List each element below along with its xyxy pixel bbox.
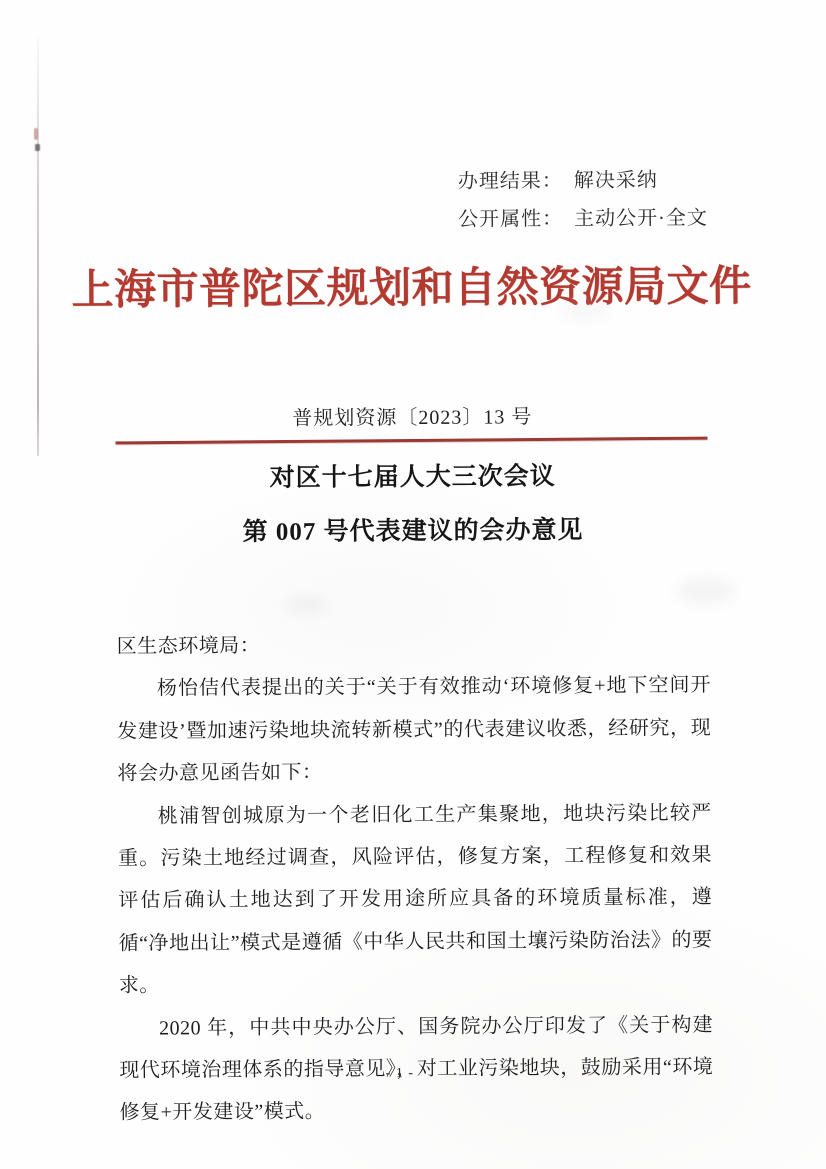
meta-publicity-label: 公开属性： (458, 208, 563, 231)
meta-result-label: 办理结果： (458, 170, 563, 193)
scanned-document-page: 办理结果：解决采纳 公开属性：主动公开·全文 上海市普陀区规划和自然资源局文件 … (0, 0, 826, 1169)
document-content: 办理结果：解决采纳 公开属性：主动公开·全文 上海市普陀区规划和自然资源局文件 … (0, 0, 826, 1169)
meta-publicity-value: 主动公开·全文 (574, 207, 708, 230)
document-title: 对区十七届人大三次会议 第 007 号代表建议的会办意见 (0, 448, 826, 561)
meta-result-value: 解决采纳 (574, 169, 658, 192)
salutation: 区生态环境局： (117, 622, 711, 668)
meta-block: 办理结果：解决采纳 公开属性：主动公开·全文 (458, 161, 708, 239)
document-number: 普规划资源〔2023〕13 号 (0, 398, 825, 432)
scan-artifact-red-mark (34, 128, 38, 140)
agency-banner-title: 上海市普陀区规划和自然资源局文件 (0, 252, 825, 317)
body-paragraph-2: 桃浦智创城原为一个老旧化工生产集聚地，地块污染比较严重。污染土地经过调查，风险评… (118, 792, 713, 1008)
meta-result-line: 办理结果：解决采纳 (458, 161, 708, 201)
meta-publicity-line: 公开属性：主动公开·全文 (458, 199, 708, 239)
scan-artifact-dark-mark (35, 144, 40, 151)
title-line-1: 对区十七届人大三次会议 (0, 448, 826, 507)
body-paragraph-1: 杨怡佶代表提出的关于“关于有效推动‘环境修复+地下空间开发建设’暨加速污染地块流… (117, 665, 712, 796)
document-body: 区生态环境局： 杨怡佶代表提出的关于“关于有效推动‘环境修复+地下空间开发建设’… (117, 622, 714, 1134)
title-line-2: 第 007 号代表建议的会办意见 (0, 502, 826, 561)
red-divider-rule (115, 437, 707, 445)
